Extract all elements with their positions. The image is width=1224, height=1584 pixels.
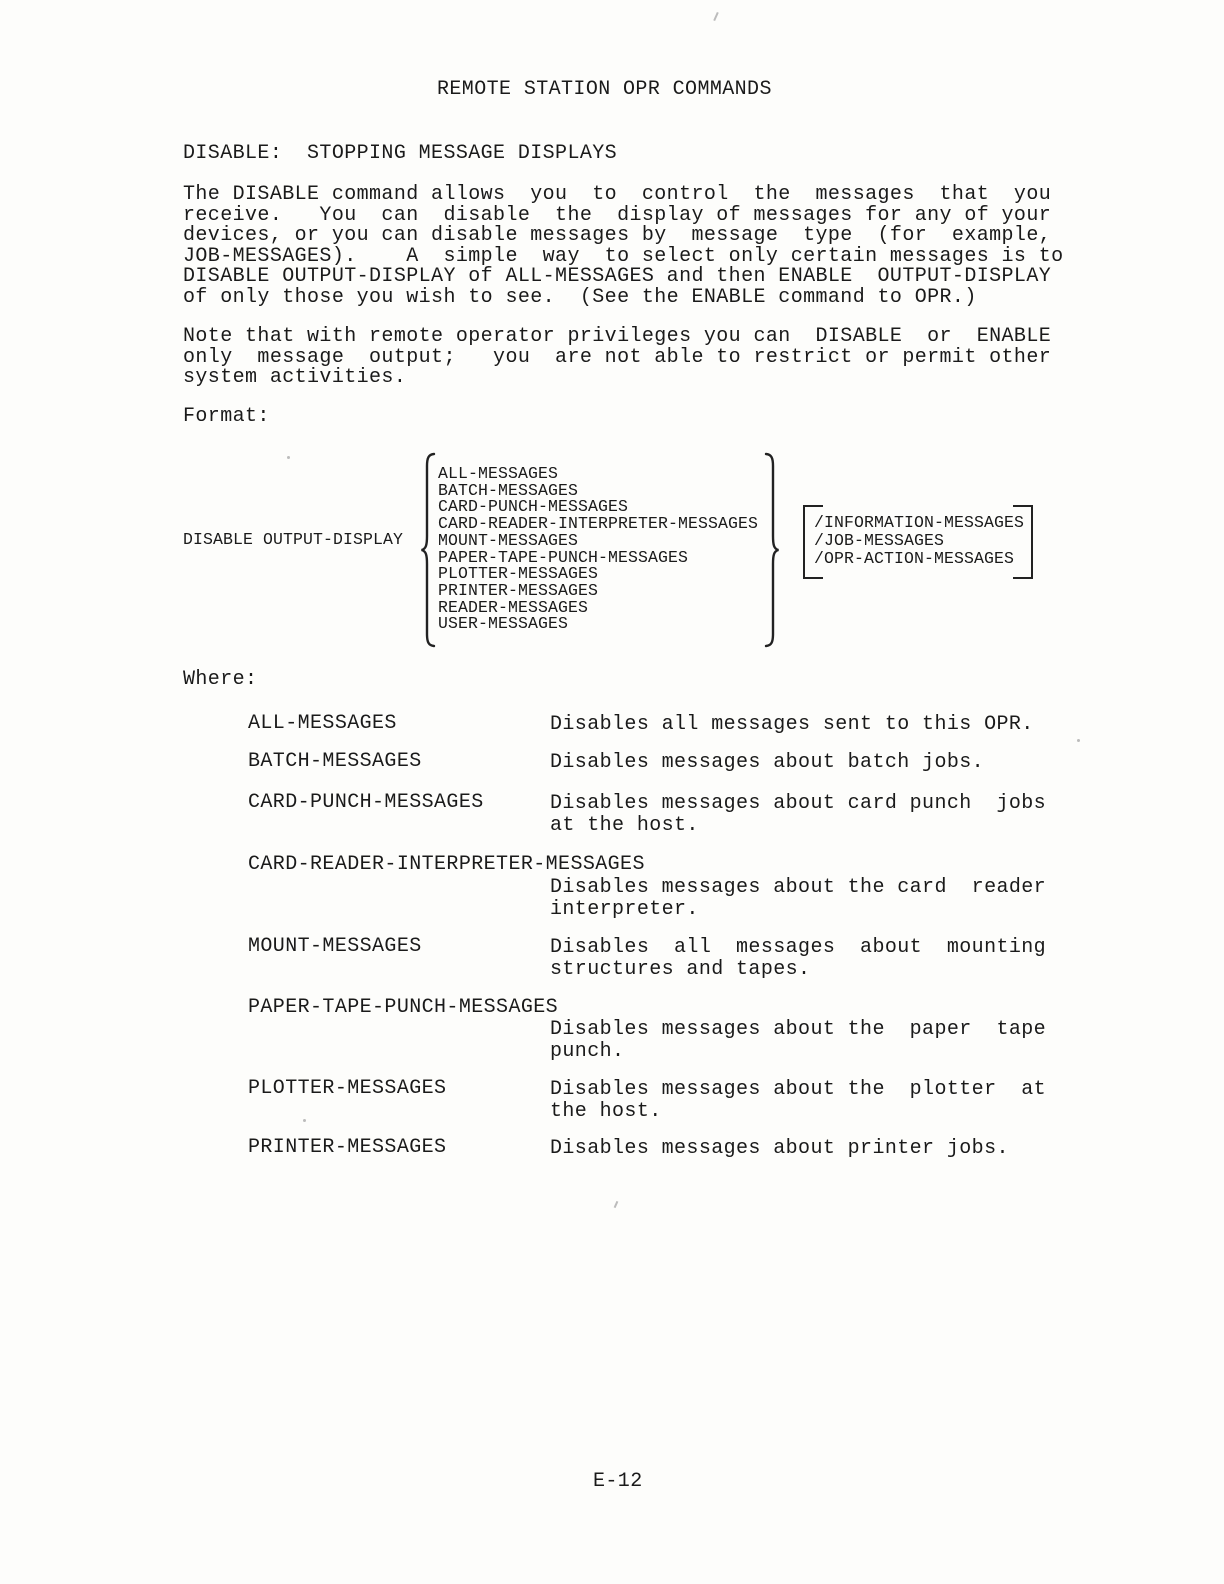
where-definition: Disables messages about batch jobs. xyxy=(550,752,984,774)
where-definition: Disables messages about the plotter at t… xyxy=(550,1079,1046,1122)
scan-artifact xyxy=(1077,739,1080,742)
paragraph-disable-intro: The DISABLE command allows you to contro… xyxy=(183,185,1064,308)
where-term: CARD-READER-INTERPRETER-MESSAGES xyxy=(248,855,645,876)
page-title: REMOTE STATION OPR COMMANDS xyxy=(437,80,772,101)
scan-artifact xyxy=(303,1119,306,1122)
format-command: DISABLE OUTPUT-DISPLAY xyxy=(183,532,403,549)
scan-artifact xyxy=(287,456,290,459)
format-label: Format: xyxy=(183,407,270,428)
where-term: BATCH-MESSAGES xyxy=(248,752,422,773)
where-term: PRINTER-MESSAGES xyxy=(248,1138,446,1159)
where-definition: Disables all messages sent to this OPR. xyxy=(550,714,1034,736)
where-definition: Disables messages about printer jobs. xyxy=(550,1138,1009,1160)
left-curly-brace xyxy=(420,452,436,648)
paragraph-privileges-note: Note that with remote operator privilege… xyxy=(183,327,1051,389)
scan-artifact xyxy=(713,12,718,21)
where-term: MOUNT-MESSAGES xyxy=(248,937,422,958)
where-term: PLOTTER-MESSAGES xyxy=(248,1079,446,1100)
where-term: CARD-PUNCH-MESSAGES xyxy=(248,793,484,814)
right-square-bracket xyxy=(1013,505,1033,579)
format-switches-list: /INFORMATION-MESSAGES /JOB-MESSAGES /OPR… xyxy=(814,514,1024,567)
format-options-list: ALL-MESSAGES BATCH-MESSAGES CARD-PUNCH-M… xyxy=(438,466,758,633)
page-number: E-12 xyxy=(593,1472,643,1493)
scan-artifact xyxy=(614,1201,619,1208)
right-curly-brace xyxy=(764,452,780,648)
section-heading: DISABLE: STOPPING MESSAGE DISPLAYS xyxy=(183,144,617,165)
document-page: REMOTE STATION OPR COMMANDS DISABLE: STO… xyxy=(0,0,1224,1584)
where-term: PAPER-TAPE-PUNCH-MESSAGES xyxy=(248,998,558,1019)
where-definition: Disables messages about card punch jobs … xyxy=(550,793,1046,836)
where-definition: Disables all messages about mounting str… xyxy=(550,937,1046,980)
where-term: ALL-MESSAGES xyxy=(248,714,397,735)
where-label: Where: xyxy=(183,670,257,691)
where-definition: Disables messages about the card reader … xyxy=(550,877,1046,920)
where-definition: Disables messages about the paper tape p… xyxy=(550,1019,1046,1062)
